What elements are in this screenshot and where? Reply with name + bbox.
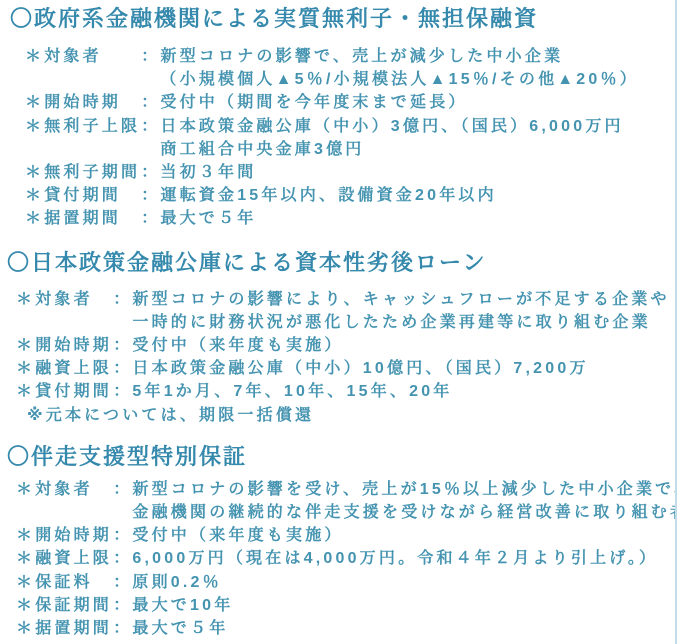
section-subordinated-loans: 〇日本政策金融公庫による資本性劣後ローン ＊ 対象者 ： 新型コロナの影響により… [0,248,675,427]
section-title-subordinated-loans: 〇日本政策金融公庫による資本性劣後ローン [0,248,675,278]
field-colon: ： [113,524,132,547]
section-title-interest-free-loans: 〇政府系金融機関による実質無利子・無担保融資 [0,4,675,34]
value-line: 金融機関の継続的な伴走支援を受けながら経営改善に取り組む者。 [132,501,677,524]
field-value: 新型コロナの影響で、売上が減少した中小企業 （小規模個人▲5％/小規模法人▲15… [160,45,639,91]
row-target: ＊ 対象者 ： 新型コロナの影響で、売上が減少した中小企業 （小規模個人▲5％/… [25,45,675,91]
asterisk-bullet: ＊ [16,288,35,311]
field-value: 新型コロナの影響を受け、売上が15％以上減少した中小企業で、 金融機関の継続的な… [132,478,677,524]
field-label: 保証期間 [35,594,113,617]
section-rows: ＊ 対象者 ： 新型コロナの影響により、キャッシュフローが不足する企業や 一時的… [0,288,675,427]
section-special-guarantee: 〇伴走支援型特別保証 ＊ 対象者 ： 新型コロナの影響を受け、売上が15％以上減… [0,442,675,640]
row-start-time: ＊ 開始時期 ： 受付中（来年度も実施） [16,334,675,357]
field-label: 無利子上限 [44,115,141,138]
field-value: 運転資金15年以内、設備資金20年以内 [160,184,496,207]
value-line: 日本政策金融公庫（中小）10億円、（国民）7,200万 [132,357,588,380]
field-colon: ： [113,594,132,617]
field-colon: ： [141,115,160,138]
note-principal-repayment: ※元本については、期限一括償還 [27,404,675,427]
row-target: ＊ 対象者 ： 新型コロナの影響により、キャッシュフローが不足する企業や 一時的… [16,288,675,334]
field-label: 無利子期間 [44,161,141,184]
field-colon: ： [141,161,160,184]
asterisk-bullet: ＊ [25,91,44,114]
field-value: 6,000万円（現在は4,000万円。令和４年２月より引上げ。） [132,547,658,570]
field-value: 5年1か月、7年、10年、15年、20年 [132,380,452,403]
value-line: 最大で10年 [132,594,233,617]
field-label: 対象者 [35,478,113,501]
row-loan-period: ＊ 貸付期間 ： 運転資金15年以内、設備資金20年以内 [25,184,675,207]
field-label: 貸付期間 [44,184,141,207]
section-rows: ＊ 対象者 ： 新型コロナの影響を受け、売上が15％以上減少した中小企業で、 金… [0,478,675,640]
asterisk-bullet: ＊ [16,547,35,570]
value-line: 原則0.2％ [132,571,221,594]
row-deferment-period: ＊ 据置期間 ： 最大で５年 [16,617,675,640]
section-interest-free-loans: 〇政府系金融機関による実質無利子・無担保融資 ＊ 対象者 ： 新型コロナの影響で… [0,4,675,231]
value-line: 最大で５年 [132,617,228,640]
value-line: 受付中（来年度も実施） [132,334,343,357]
field-value: 受付中（来年度も実施） [132,334,343,357]
asterisk-bullet: ＊ [16,571,35,594]
value-line: 運転資金15年以内、設備資金20年以内 [160,184,496,207]
field-label: 開始時期 [35,334,113,357]
asterisk-bullet: ＊ [25,45,44,68]
value-line: 当初３年間 [160,161,256,184]
field-label: 融資上限 [35,547,113,570]
support-programs-document: 〇政府系金融機関による実質無利子・無担保融資 ＊ 対象者 ： 新型コロナの影響で… [0,0,677,644]
field-label: 据置期間 [35,617,113,640]
field-label: 開始時期 [44,91,141,114]
value-line: 受付中（期間を今年度末まで延長） [160,91,467,114]
value-line: （小規模個人▲5％/小規模法人▲15％/その他▲20％） [160,68,639,91]
row-guarantee-fee: ＊ 保証料 ： 原則0.2％ [16,571,675,594]
asterisk-bullet: ＊ [16,357,35,380]
value-line: 日本政策金融公庫（中小）3億円、（国民）6,000万円 [160,115,623,138]
field-colon: ： [113,571,132,594]
value-line: 新型コロナの影響で、売上が減少した中小企業 [160,45,639,68]
row-deferment-period: ＊ 据置期間 ： 最大で５年 [25,207,675,230]
asterisk-bullet: ＊ [16,524,35,547]
field-label: 開始時期 [35,524,113,547]
value-line: 新型コロナの影響により、キャッシュフローが不足する企業や [132,288,669,311]
field-colon: ： [141,207,160,230]
value-line: 新型コロナの影響を受け、売上が15％以上減少した中小企業で、 [132,478,677,501]
field-colon: ： [113,288,132,311]
value-line: 5年1か月、7年、10年、15年、20年 [132,380,452,403]
field-value: 日本政策金融公庫（中小）3億円、（国民）6,000万円 商工組合中央金庫3億円 [160,115,623,161]
section-rows: ＊ 対象者 ： 新型コロナの影響で、売上が減少した中小企業 （小規模個人▲5％/… [0,45,675,231]
field-value: 最大で５年 [160,207,256,230]
value-line: 商工組合中央金庫3億円 [160,138,623,161]
asterisk-bullet: ＊ [25,207,44,230]
value-line: 6,000万円（現在は4,000万円。令和４年２月より引上げ。） [132,547,658,570]
row-loan-limit: ＊ 融資上限 ： 6,000万円（現在は4,000万円。令和４年２月より引上げ。… [16,547,675,570]
asterisk-bullet: ＊ [16,617,35,640]
asterisk-bullet: ＊ [16,334,35,357]
row-loan-limit: ＊ 融資上限 ： 日本政策金融公庫（中小）10億円、（国民）7,200万 [16,357,675,380]
field-colon: ： [141,184,160,207]
field-value: 日本政策金融公庫（中小）10億円、（国民）7,200万 [132,357,588,380]
row-interest-free-limit: ＊ 無利子上限 ： 日本政策金融公庫（中小）3億円、（国民）6,000万円 商工… [25,115,675,161]
asterisk-bullet: ＊ [16,594,35,617]
row-start-time: ＊ 開始時期 ： 受付中（来年度も実施） [16,524,675,547]
asterisk-bullet: ＊ [25,184,44,207]
field-label: 融資上限 [35,357,113,380]
field-value: 原則0.2％ [132,571,221,594]
field-label: 据置期間 [44,207,141,230]
field-label: 保証料 [35,571,113,594]
section-title-special-guarantee: 〇伴走支援型特別保証 [0,442,675,472]
row-interest-free-period: ＊ 無利子期間 ： 当初３年間 [25,161,675,184]
field-value: 最大で５年 [132,617,228,640]
field-label: 対象者 [35,288,113,311]
field-colon: ： [113,380,132,403]
row-guarantee-period: ＊ 保証期間 ： 最大で10年 [16,594,675,617]
field-value: 最大で10年 [132,594,233,617]
row-loan-period: ＊ 貸付期間 ： 5年1か月、7年、10年、15年、20年 [16,380,675,403]
field-colon: ： [113,547,132,570]
row-target: ＊ 対象者 ： 新型コロナの影響を受け、売上が15％以上減少した中小企業で、 金… [16,478,675,524]
value-line: 受付中（来年度も実施） [132,524,343,547]
field-value: 当初３年間 [160,161,256,184]
field-value: 受付中（期間を今年度末まで延長） [160,91,467,114]
field-label: 対象者 [44,45,141,68]
field-label: 貸付期間 [35,380,113,403]
asterisk-bullet: ＊ [25,161,44,184]
asterisk-bullet: ＊ [16,478,35,501]
value-line: 最大で５年 [160,207,256,230]
field-colon: ： [113,617,132,640]
field-colon: ： [141,45,160,68]
row-start-time: ＊ 開始時期 ： 受付中（期間を今年度末まで延長） [25,91,675,114]
field-value: 新型コロナの影響により、キャッシュフローが不足する企業や 一時的に財務状況が悪化… [132,288,669,334]
field-colon: ： [141,91,160,114]
field-colon: ： [113,357,132,380]
asterisk-bullet: ＊ [16,380,35,403]
field-colon: ： [113,478,132,501]
field-colon: ： [113,334,132,357]
asterisk-bullet: ＊ [25,115,44,138]
value-line: 一時的に財務状況が悪化したため企業再建等に取り組む企業 [132,311,669,334]
field-value: 受付中（来年度も実施） [132,524,343,547]
